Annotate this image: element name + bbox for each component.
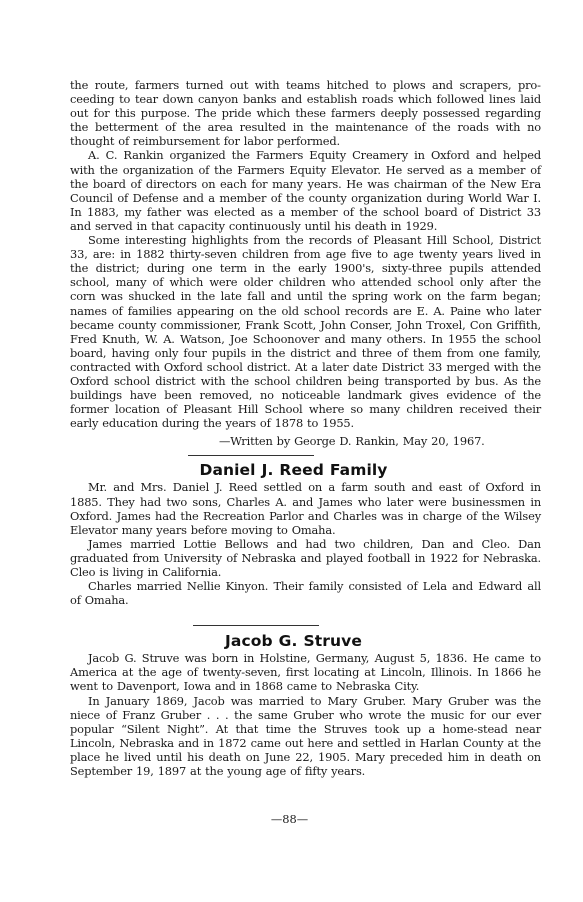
paragraph-struve-born: Jacob G. Struve was born in Holstine, Ge… xyxy=(70,651,541,693)
section-divider xyxy=(188,455,314,456)
paragraph-pleasant-hill-school: Some interesting highlights from the rec… xyxy=(70,233,541,430)
page-number-text: —88— xyxy=(271,812,308,826)
document-page: the route, farmers turned out with teams… xyxy=(70,78,541,778)
section-divider xyxy=(193,625,319,626)
reed-section: Daniel J. Reed Family Mr. and Mrs. Danie… xyxy=(70,461,541,607)
paragraph-james-married: James married Lottie Bellows and had two… xyxy=(70,537,541,579)
page-number: —88— xyxy=(0,812,583,826)
rankin-section: the route, farmers turned out with teams… xyxy=(70,78,541,448)
paragraph-struve-married: In January 1869, Jacob was married to Ma… xyxy=(70,694,541,779)
signature-line: —Written by George D. Rankin, May 20, 19… xyxy=(70,434,541,448)
paragraph-charles-married: Charles married Nellie Kinyon. Their fam… xyxy=(70,579,541,607)
paragraph-reed-settled: Mr. and Mrs. Daniel J. Reed settled on a… xyxy=(70,480,541,536)
paragraph-ac-rankin: A. C. Rankin organized the Farmers Equit… xyxy=(70,148,541,233)
section-heading-struve: Jacob G. Struve xyxy=(58,632,529,650)
section-heading-reed: Daniel J. Reed Family xyxy=(58,461,529,479)
struve-section: Jacob G. Struve Jacob G. Struve was born… xyxy=(70,632,541,778)
paragraph-roads: the route, farmers turned out with teams… xyxy=(70,78,541,148)
